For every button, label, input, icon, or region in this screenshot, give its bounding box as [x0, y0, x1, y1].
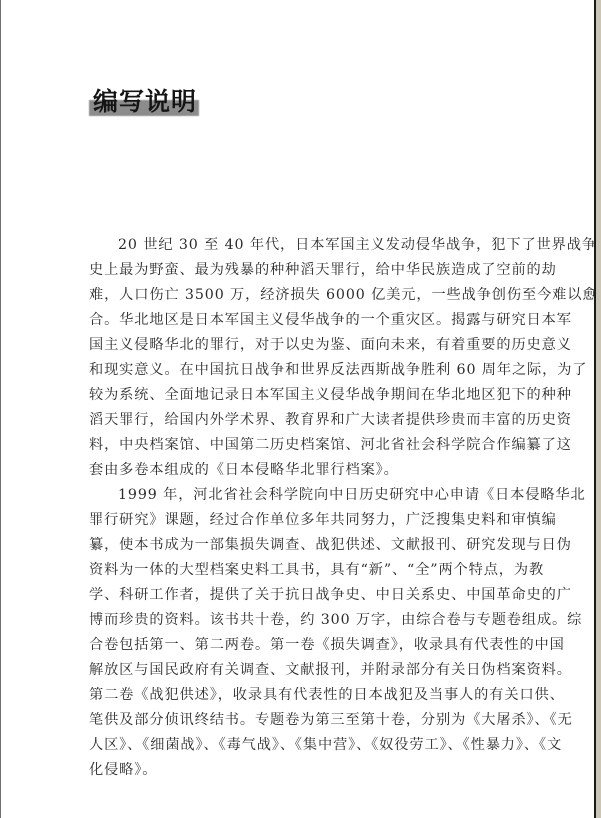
paragraph-2-line-6: 博而珍贵的资料。该书共十卷，约 300 万字，由综合卷与专题卷组成。综: [89, 608, 529, 633]
paragraph-1-line-1: 20 世纪 30 至 40 年代，日本军国主义发动侵华战争，犯下了世界战争: [89, 233, 529, 258]
document-page: 编写说明 20 世纪 30 至 40 年代，日本军国主义发动侵华战争，犯下了世界…: [0, 0, 601, 818]
paragraph-1-line-4: 合。华北地区是日本军国主义侵华战争的一个重灾区。揭露与研究日本军: [89, 308, 529, 333]
paragraph-1-line-6: 和现实意义。在中国抗日战争和世界反法西斯战争胜利 60 周年之际，为了: [89, 358, 529, 383]
paragraph-1-line-9: 料，中央档案馆、中国第二历史档案馆、河北省社会科学院合作编纂了这: [89, 433, 529, 458]
paragraph-2-line-9: 第二卷《战犯供述》，收录具有代表性的日本战犯及当事人的有关口供、: [89, 683, 529, 708]
paragraph-2-line-10: 笔供及部分侦讯终结书。专题卷为第三至第十卷，分别为《大屠杀》、《无: [89, 708, 529, 733]
paragraph-2-line-8: 解放区与国民政府有关调查、文献报刊，并附录部分有关日伪档案资料。: [89, 658, 529, 683]
page-right-edge: [594, 0, 601, 818]
paragraph-2-line-5: 学、科研工作者，提供了关于抗日战争史、中日关系史、中国革命史的广: [89, 583, 529, 608]
paragraph-1-line-3: 难，人口伤亡 3500 万，经济损失 6000 亿美元，一些战争创伤至今难以愈: [89, 283, 529, 308]
paragraph-1-line-2: 史上最为野蛮、最为残暴的种种滔天罪行，给中华民族造成了空前的劫: [89, 258, 529, 283]
paragraph-2-line-7: 合卷包括第一、第二两卷。第一卷《损失调查》，收录具有代表性的中国: [89, 633, 529, 658]
section-heading-block: 编写说明: [89, 82, 199, 118]
paragraph-2-line-2: 罪行研究》课题，经过合作单位多年共同努力，广泛搜集史料和审慎编: [89, 508, 529, 533]
body-text: 20 世纪 30 至 40 年代，日本军国主义发动侵华战争，犯下了世界战争 史上…: [89, 233, 529, 783]
paragraph-2-line-11: 人区》、《细菌战》、《毒气战》、《集中营》、《奴役劳工》、《性暴力》、《文: [89, 733, 529, 758]
paragraph-2-line-1: 1999 年，河北省社会科学院向中日历史研究中心申请《日本侵略华北: [89, 483, 529, 508]
page-title: 编写说明: [93, 82, 197, 118]
paragraph-1-line-10: 套由多卷本组成的《日本侵略华北罪行档案》。: [89, 458, 529, 483]
paragraph-1-line-8: 滔天罪行，给国内外学术界、教育界和广大读者提供珍贵而丰富的历史资: [89, 408, 529, 433]
paragraph-2-line-4: 资料为一体的大型档案史料工具书，具有“新”、“全”两个特点，为教: [89, 558, 529, 583]
paragraph-2-line-3: 纂，使本书成为一部集损失调查、战犯供述、文献报刊、研究发现与日伪: [89, 533, 529, 558]
paragraph-1-line-7: 较为系统、全面地记录日本军国主义侵华战争期间在华北地区犯下的种种: [89, 383, 529, 408]
paragraph-2-line-12: 化侵略》。: [89, 758, 529, 783]
paragraph-1-line-5: 国主义侵略华北的罪行，对于以史为鉴、面向未来，有着重要的历史意义: [89, 333, 529, 358]
